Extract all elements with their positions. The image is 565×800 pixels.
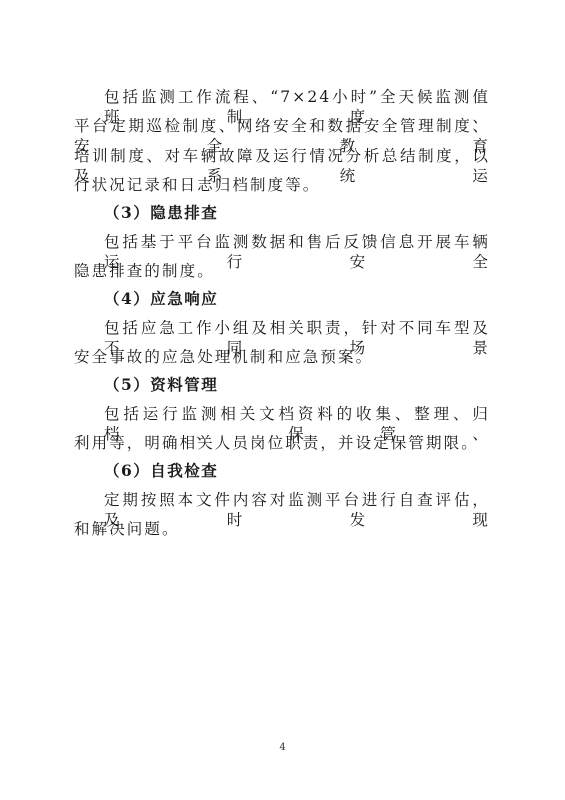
paragraph-line: 利用等，明确相关人员岗位职责，并设定保管期限。 [74,433,490,453]
section-heading-records-management: （5）资料管理 [104,375,520,395]
section-heading-self-inspection: （6）自我检查 [104,461,520,481]
paragraph-line: 安全事故的应急处理机制和应急预案。 [74,347,490,367]
section-heading-hazard-screening: （3）隐患排查 [104,203,520,223]
document-page: 包括监测工作流程、“7×24小时”全天候监测值班制度、 平台定期巡检制度、网络安… [0,0,565,800]
section-heading-emergency-response: （4）应急响应 [104,289,520,309]
paragraph-line: 和解决问题。 [74,519,490,539]
paragraph-line: 行状况记录和日志归档制度等。 [74,175,490,195]
paragraph-line: 隐患排查的制度。 [74,261,490,281]
page-number: 4 [0,742,565,753]
